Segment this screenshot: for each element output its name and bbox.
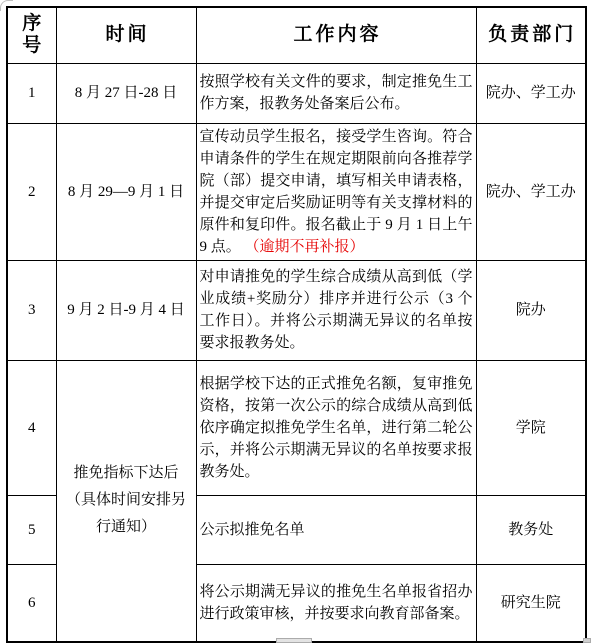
header-dept: 负责部门 [476, 7, 586, 63]
row4-content: 根据学校下达的正式推免名额，复审推免资格，按第一次公示的综合成绩从高到低依序确定… [196, 360, 476, 495]
document-page: 序号 时间 工作内容 负责部门 1 8 月 27 日-28 日 按照学校有关文件… [0, 0, 591, 643]
header-content: 工作内容 [196, 7, 476, 63]
row1-content: 按照学校有关文件的要求，制定推免生工作方案，报教务处备案后公布。 [196, 63, 476, 123]
row5-seq: 5 [7, 495, 56, 564]
row2-time: 8 月 29—9 月 1 日 [56, 123, 196, 260]
table-header-row: 序号 时间 工作内容 负责部门 [7, 7, 586, 63]
row5-dept: 教务处 [476, 495, 586, 564]
row6-dept: 研究生院 [476, 564, 586, 642]
row2-content-main: 宣传动员学生报名，接受学生咨询。符合申请条件的学生在规定期限前向各推荐学院（部）… [200, 129, 473, 255]
row3-seq: 3 [7, 260, 56, 360]
work-schedule-table: 序号 时间 工作内容 负责部门 1 8 月 27 日-28 日 按照学校有关文件… [6, 6, 587, 643]
page-edge-artifact [583, 638, 591, 643]
row5-content: 公示拟推免名单 [196, 495, 476, 564]
table-row: 2 8 月 29—9 月 1 日 宣传动员学生报名，接受学生咨询。符合申请条件的… [7, 123, 586, 260]
table-row: 3 9 月 2 日-9 月 4 日 对申请推免的学生综合成绩从高到低（学业成绩+… [7, 260, 586, 360]
header-time: 时间 [56, 7, 196, 63]
row2-seq: 2 [7, 123, 56, 260]
row3-dept: 院办 [476, 260, 586, 360]
table-row: 4 推免指标下达后（具体时间安排另行通知） 根据学校下达的正式推免名额，复审推免… [7, 360, 586, 495]
row3-time: 9 月 2 日-9 月 4 日 [56, 260, 196, 360]
row2-deadline-note: （逾期不再补报） [245, 239, 365, 255]
table-row: 1 8 月 27 日-28 日 按照学校有关文件的要求，制定推免生工作方案，报教… [7, 63, 586, 123]
row4-seq: 4 [7, 360, 56, 495]
header-seq: 序号 [7, 7, 56, 63]
row6-content: 将公示期满无异议的推免生名单报省招办进行政策审核，并按要求向教育部备案。 [196, 564, 476, 642]
row2-content: 宣传动员学生报名，接受学生咨询。符合申请条件的学生在规定期限前向各推荐学院（部）… [196, 123, 476, 260]
row4-dept: 学院 [476, 360, 586, 495]
row6-seq: 6 [7, 564, 56, 642]
scrollbar-artifact [276, 638, 312, 643]
row1-dept: 院办、学工办 [476, 63, 586, 123]
row2-dept: 院办、学工办 [476, 123, 586, 260]
merged-time-cell: 推免指标下达后（具体时间安排另行通知） [56, 360, 196, 642]
row3-content: 对申请推免的学生综合成绩从高到低（学业成绩+奖励分）排序并进行公示（3 个工作日… [196, 260, 476, 360]
row1-seq: 1 [7, 63, 56, 123]
row1-time: 8 月 27 日-28 日 [56, 63, 196, 123]
